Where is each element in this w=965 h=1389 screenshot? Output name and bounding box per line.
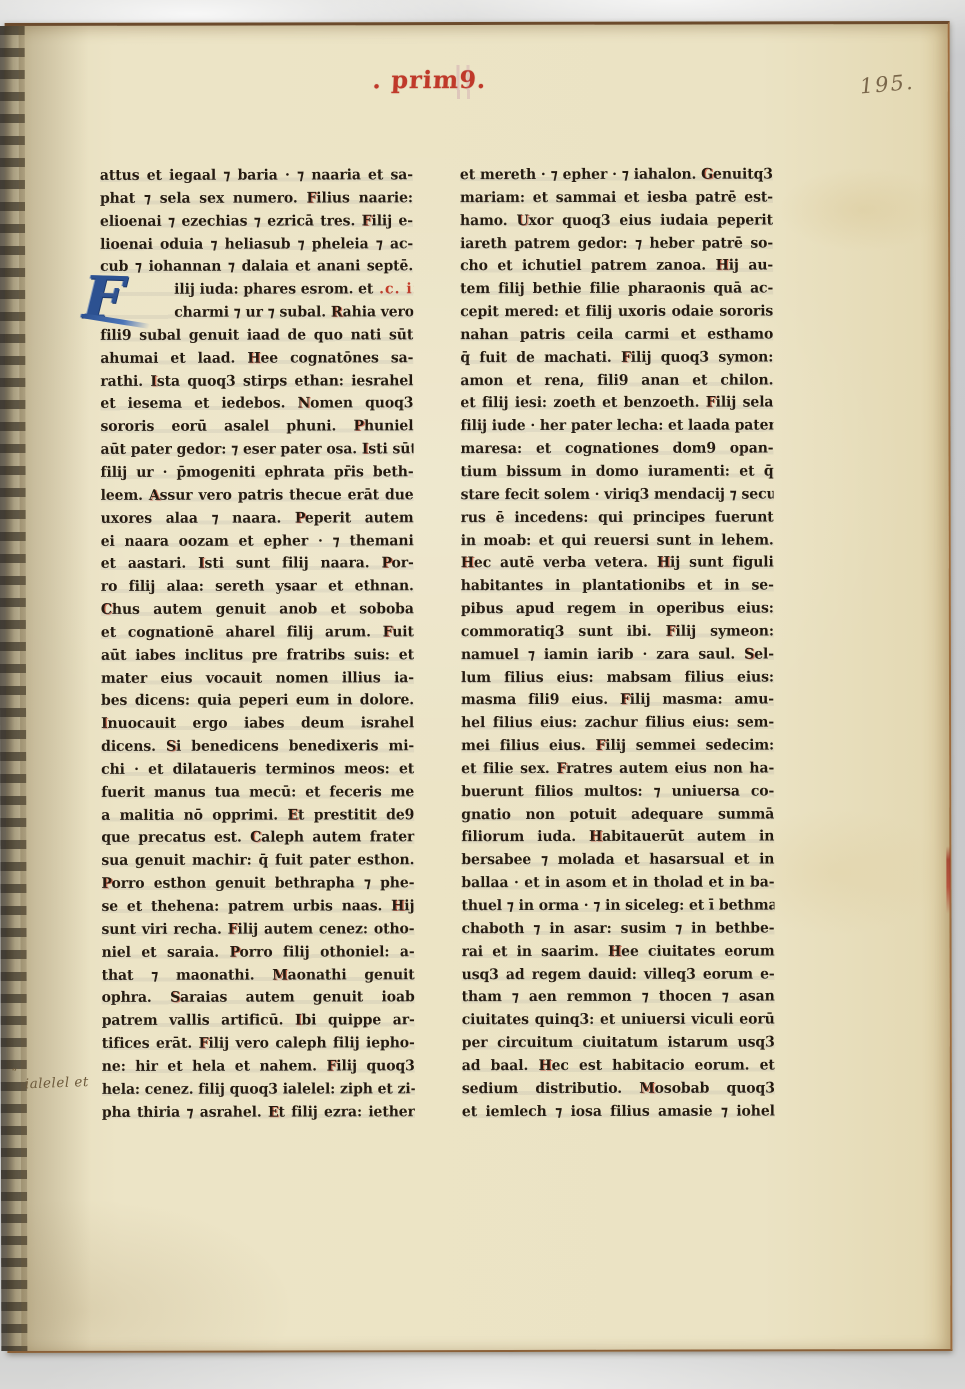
text-line: maresa: et cognationes dom9 opan- (460, 437, 773, 461)
text-line: uxores alaa ⁊ naara. Peperit autem (101, 506, 414, 530)
text-line: usq3 ad regem dauid: villeq3 eorum e- (462, 962, 775, 986)
marginal-note: ialelel et (25, 1073, 106, 1092)
text-line: Porro esthon genuit bethrapha ⁊ phe- (101, 872, 414, 896)
text-line: leem. Assur vero patris thecue erāt due (101, 483, 414, 507)
text-line: Hec autē verba vetera. Hij sunt figuli (461, 551, 774, 575)
text-column-left: F attus et iegaal ⁊ baria · ⁊ naaria et … (100, 164, 415, 1127)
text-line: gnatio non potuit adequare summā (461, 803, 774, 827)
chapter-numeral: .c. iiii. (373, 281, 413, 298)
text-line: hela: cenez. filij quoq3 ialelel: ziph e… (102, 1077, 415, 1101)
text-line: que precatus est. Caleph autem frater (101, 826, 414, 850)
text-line: chaboth ⁊ in asar: susim ⁊ in bethbe- (461, 917, 774, 941)
text-line: sunt viri recha. Filij autem cenez: otho… (101, 918, 414, 942)
text-line: namuel ⁊ iamin iarib · zara saul. Sel- (461, 643, 774, 667)
text-line: aūt iabes inclitus pre fratribs suis: et (101, 643, 414, 667)
text-line: bersabee ⁊ molada et hasarsual et in (461, 848, 774, 872)
text-line: rai et in saarim. Hee ciuitates eorum (462, 940, 775, 964)
text-line: mei filius eius. Filij semmei sedecim: (461, 734, 774, 758)
header-showthrough (453, 65, 481, 99)
text-line: rathi. Ista quoq3 stirps ethan: iesrahel (100, 369, 413, 393)
text-line: se et thehena: patrem urbis naas. Hij (101, 895, 414, 919)
scanner-background: . prim9. 195. F attus et iegaal ⁊ baria … (0, 0, 965, 1389)
text-line: filij iude · her pater lecha: et laada p… (460, 414, 773, 438)
text-line: in moab: et qui reuersi sunt in lehem. (461, 528, 774, 552)
manuscript-page: . prim9. 195. F attus et iegaal ⁊ baria … (5, 21, 953, 1353)
fore-edge-stain (946, 846, 950, 914)
text-line: niel et saraia. Porro filij othoniel: a- (102, 940, 415, 964)
text-line: charmi ⁊ ur ⁊ subal. Rahia vero (100, 301, 413, 325)
text-line: commoratiq3 sunt ibi. Filij symeon: (461, 620, 774, 644)
text-line: per circuitum ciuitatum istarum usq3 (462, 1031, 775, 1055)
text-line: ophra. Saraias autem genuit ioab (102, 986, 415, 1010)
text-line: ciuitates quinq3: et uniuersi viculi eor… (462, 1008, 775, 1032)
text-line: tem filij bethie filie pharaonis quā ac- (460, 277, 773, 301)
text-line: ballaa · et in asom et in tholad et in b… (461, 871, 774, 895)
text-line: cub ⁊ iohannan ⁊ dalaia et anani septē. (100, 255, 413, 279)
text-line: et filie sex. Fratres autem eius non ha- (461, 757, 774, 781)
text-line: buerunt filios multos: ⁊ uniuersa co- (461, 780, 774, 804)
text-line: thuel ⁊ in orma · ⁊ in siceleg: et ī bet… (461, 894, 774, 918)
text-line: bes dicens: quia peperi eum in dolore. (101, 689, 414, 713)
text-line: lioenai oduia ⁊ heliasub ⁊ pheleia ⁊ ac- (100, 232, 413, 256)
text-line: et mereth · ⁊ epher · ⁊ iahalon. Genuitq… (460, 163, 773, 187)
text-line: aūt pater gedor: ⁊ eser pater osa. Isti … (100, 438, 413, 462)
text-line: chi · et dilataueris terminos meos: et (101, 758, 414, 782)
text-line: filiorum iuda. Habitauerūt autem in (461, 825, 774, 849)
text-line: fili9 subal genuit iaad de quo nati sūt (100, 324, 413, 348)
text-line: ahumai et laad. Hee cognatōnes sa- (100, 346, 413, 370)
text-line: pha thiria ⁊ asrahel. Et filij ezra: iet… (102, 1100, 415, 1124)
text-line: mariam: et sammai et iesba patrē est- (460, 186, 773, 210)
text-line: rus ē incedens: qui principes fuerunt (461, 506, 774, 530)
text-line: mater eius vocauit nomen illius ia- (101, 666, 414, 690)
text-line: et cognationē aharel filij arum. Fuit (101, 621, 414, 645)
text-line: Chus autem genuit anob et soboba (101, 598, 414, 622)
text-line: stare fecit solem · viriq3 mendacij ⁊ se… (461, 483, 774, 507)
text-line: Inuocauit ergo iabes deum israhel (101, 712, 414, 736)
text-line: hamo. Uxor quoq3 eius iudaia peperit (460, 209, 773, 233)
text-line: et iesema et iedebos. Nomen quoq3 (100, 392, 413, 416)
text-column-right: et mereth · ⁊ epher · ⁊ iahalon. Genuitq… (460, 163, 775, 1126)
text-line: attus et iegaal ⁊ baria · ⁊ naaria et sa… (100, 164, 413, 188)
text-line: that ⁊ maonathi. Maonathi genuit (102, 963, 415, 987)
text-line: patrem vallis artificū. Ibi quippe ar- (102, 1009, 415, 1033)
text-line: amon et rena, fili9 anan et chilon. (460, 369, 773, 393)
text-line: a malitia nō opprimi. Et prestitit de9 (101, 803, 414, 827)
text-line: lum filius eius: mabsam filius eius: (461, 665, 774, 689)
text-line: tifices erāt. Filij vero caleph filij ie… (102, 1032, 415, 1056)
text-line: cho et ichutiel patrem zanoa. Hij au- (460, 254, 773, 278)
gutter-shadow (19, 26, 92, 1351)
text-line: nahan patris ceila carmi et esthamo (460, 323, 773, 347)
text-line: habitantes in plantationibs et in se- (461, 574, 774, 598)
text-line: sua genuit machir: q̄ fuit pater esthon. (101, 849, 414, 873)
text-line: et iemlech ⁊ iosa filius amasie ⁊ iohel (462, 1100, 775, 1124)
text-line: cepit mered: et filij uxoris odaie soror… (460, 300, 773, 324)
text-line: et filij iesi: zoeth et benzoeth. Filij … (460, 391, 773, 415)
text-line: phat ⁊ sela sex numero. Filius naarie: (100, 187, 413, 211)
text-line: tium bissum in domo iuramenti: et q̄ (461, 460, 774, 484)
text-line: elioenai ⁊ ezechias ⁊ ezricā tres. Filij… (100, 209, 413, 233)
text-line: dicens. Si benedicens benedixeris mi- (101, 735, 414, 759)
text-line: iareth patrem gedor: ⁊ heber patrē so- (460, 231, 773, 255)
text-line: masma fili9 eius. Filij masma: amu- (461, 688, 774, 712)
text-line: ilij iuda: phares esrom. et .c. iiii. (100, 278, 413, 302)
folio-number: 195. (859, 70, 916, 99)
text-line: pibus apud regem in operibus eius: (461, 597, 774, 621)
text-line: ei naara oozam et epher · ⁊ themani (101, 529, 414, 553)
text-line: filij ur · p̄mogeniti ephrata pr̄is beth… (101, 461, 414, 485)
text-line: ro filij alaa: sereth ysaar et ethnan. (101, 575, 414, 599)
text-line: sororis eorū asalel phuni. Phuniel (100, 415, 413, 439)
text-line: ad baal. Hec est habitacio eorum. et (462, 1054, 775, 1078)
text-line: fuerit manus tua mecū: et feceris me (101, 780, 414, 804)
text-line: et aastari. Isti sunt filij naara. Por- (101, 552, 414, 576)
text-line: tham ⁊ aen remmon ⁊ thocen ⁊ asan (462, 985, 775, 1009)
text-line: ne: hir et hela et nahem. Filij quoq3 (102, 1055, 415, 1079)
text-line: sedium distributio. Mosobab quoq3 (462, 1077, 775, 1101)
text-line: q̄ fuit de machati. Filij quoq3 symon: (460, 346, 773, 370)
text-line: hel filius eius: zachur filius eius: sem… (461, 711, 774, 735)
